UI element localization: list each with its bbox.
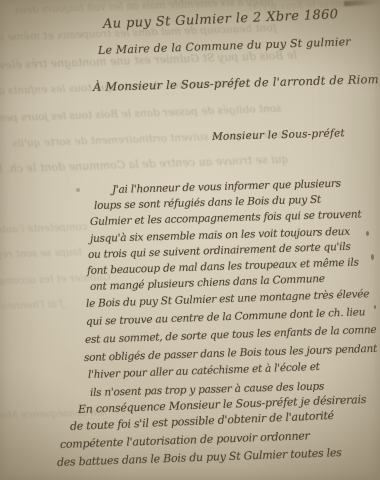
ink-speck xyxy=(76,188,80,192)
ink-speck xyxy=(374,305,376,309)
letter-photo: { "document": { "dateline": "Au puy St G… xyxy=(0,0,380,480)
ink-speck xyxy=(366,231,369,236)
ink-speck xyxy=(371,254,374,260)
